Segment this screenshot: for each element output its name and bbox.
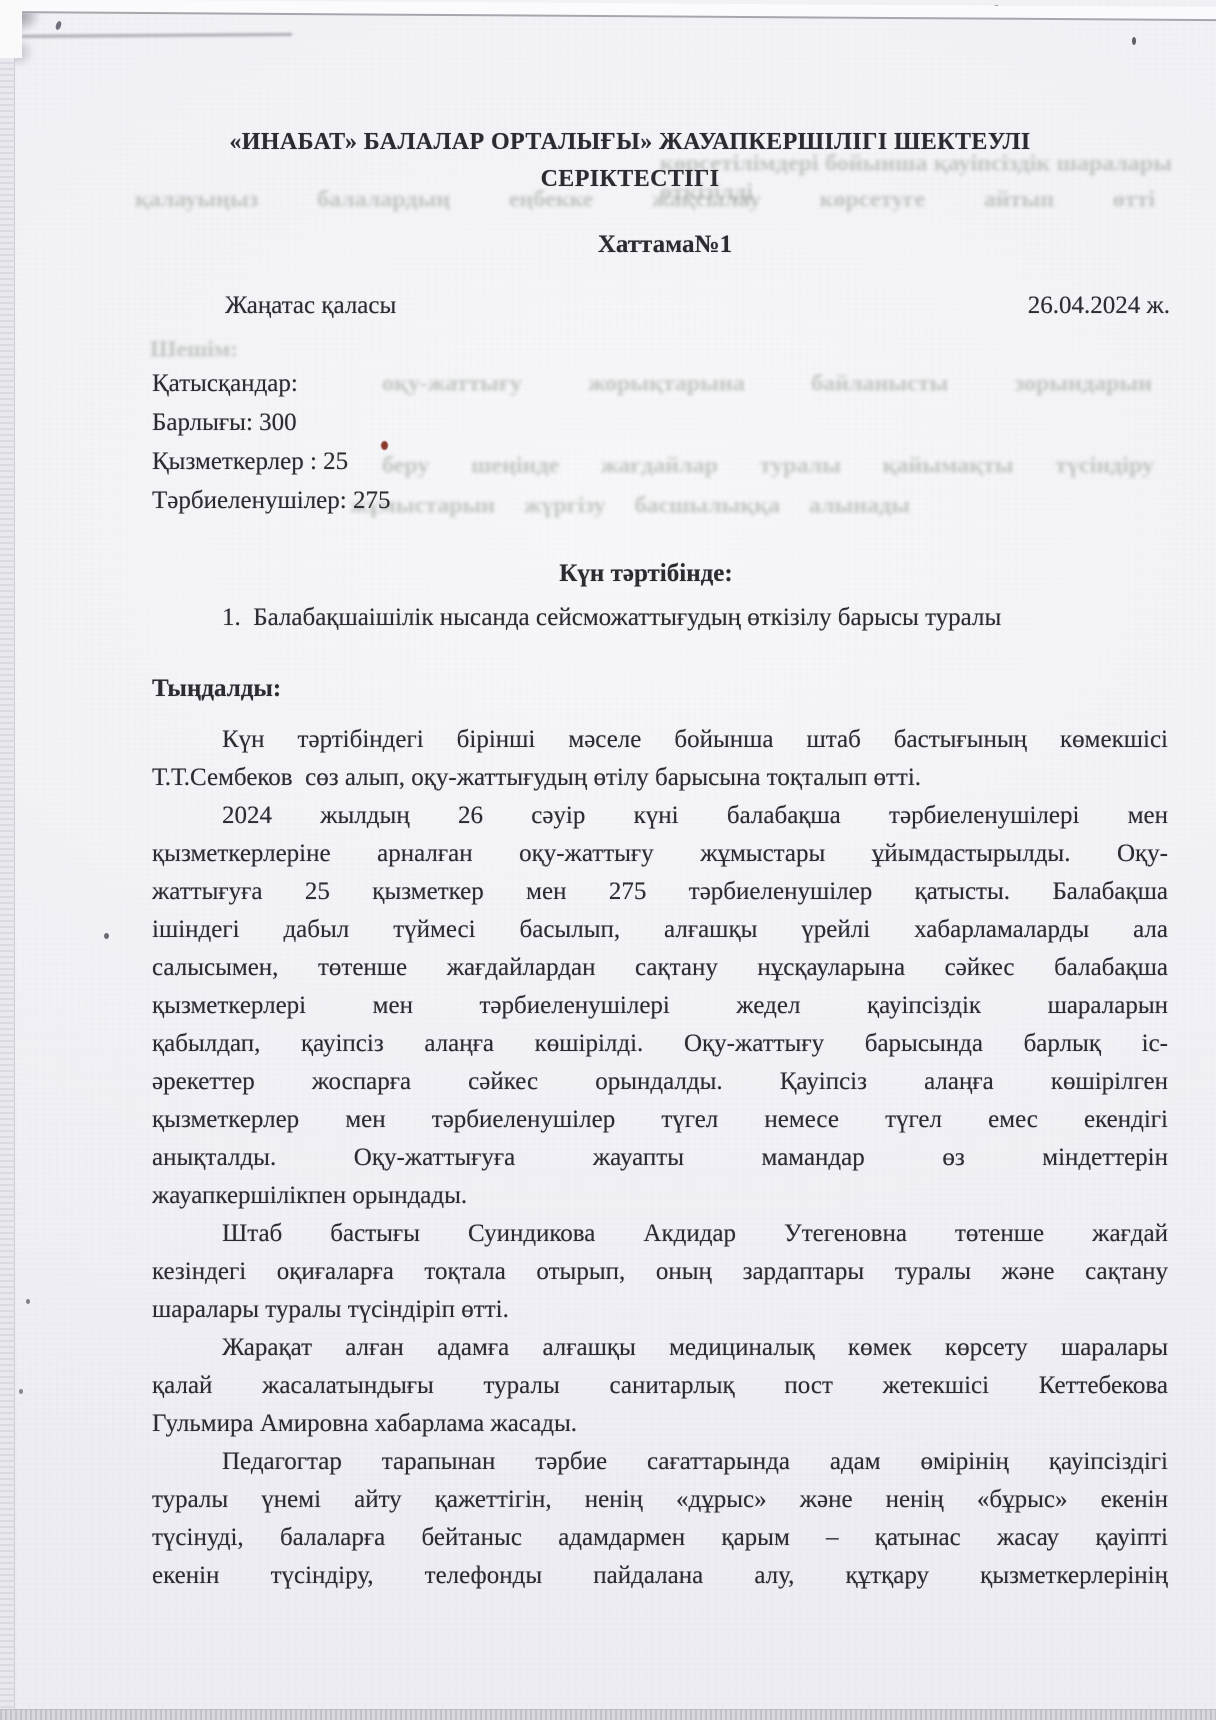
bleed-through-text: Шешім: [150,336,238,365]
body-text-line: Штаб бастығы Суиндикова Акдидар Утегенов… [152,1215,1168,1253]
bleed-through-text: беру шеңінде жағдайлар туралы қайымақты … [382,452,1154,481]
bleed-through-text: жұмыстарын жүргізу басшылыққа алынады [350,492,910,521]
city-date-row: Жаңатас қаласы 26.04.2024 ж. [225,292,1170,320]
body-text-line: анықталды. Оқу-жаттығуға жауапты маманда… [152,1139,1168,1177]
bleed-through-text: оқу-жаттығу жорықтарына байланысты зорын… [382,370,1152,399]
body-text: Күн тәртібіндегі бірінші мәселе бойынша … [152,721,1168,1595]
body-text-line: жаттығуға 25 қызметкер мен 275 тәрбиелен… [152,873,1168,911]
body-text-line: жауапкершілікпен орындады. [152,1177,1168,1215]
scan-bottom-paper-edge [0,1709,1216,1720]
agenda-item: 1. Балабақшаішілік нысанда сейсможаттығу… [152,604,1168,632]
body-text-line: Жарақат алған адамға алғашқы медициналық… [152,1329,1168,1367]
scan-left-paper-edge [0,0,15,1720]
document-title-line1: «ИНАБАТ» БАЛАЛАР ОРТАЛЫҒЫ» ЖАУАПКЕРШІЛІГ… [122,124,1138,161]
listened-heading: Тыңдалды: [152,675,281,703]
scan-speck [1132,37,1136,45]
scan-streak [0,33,292,38]
scan-speck [19,1389,23,1394]
body-text-line: Педагогтар тарапынан тәрбие сағаттарында… [152,1443,1168,1481]
scan-corner-highlight [0,0,22,58]
scan-speck [104,933,109,939]
participants-children: Тәрбиеленушілер: 275 [152,481,390,520]
document-title: «ИНАБАТ» БАЛАЛАР ОРТАЛЫҒЫ» ЖАУАПКЕРШІЛІГ… [122,124,1138,198]
scan-top-paper-edge [0,0,1216,21]
body-text-line: Гульмира Амировна хабарлама жасады. [152,1405,1168,1443]
participants-block: Қатысқандар: Барлығы: 300 Қызметкерлер :… [152,364,390,520]
participants-total: Барлығы: 300 [152,403,390,442]
body-text-line: қабылдап, қауіпсіз алаңға көшірілді. Оқу… [152,1025,1168,1063]
body-text-line: салысымен, төтенше жағдайлардан сақтану … [152,949,1168,987]
document-title-line2: СЕРІКТЕСТІГІ [122,161,1138,198]
body-text-line: шаралары туралы түсіндіріп өтті. [152,1291,1168,1329]
body-text-line: қызметкерлеріне арналған оқу-жаттығу жұм… [152,835,1168,873]
scan-speck [26,1299,30,1304]
body-text-line: екенін түсіндіру, телефонды пайдалана ал… [152,1557,1168,1595]
body-text-line: қызметкерлері мен тәрбиеленушілері жедел… [152,987,1168,1025]
body-text-line: кезіндегі оқиғаларға тоқтала отырып, оны… [152,1253,1168,1291]
body-text-line: ішіндегі дабыл түймесі басылып, алғашқы … [152,911,1168,949]
body-text-line: туралы үнемі айту қажеттігін, ненің «дұр… [152,1481,1168,1519]
date-label: 26.04.2024 ж. [1028,292,1170,320]
body-text-line: 2024 жылдың 26 сәуір күні балабақша тәрб… [152,797,1168,835]
red-ink-speck [381,441,388,450]
body-text-line: қалай жасалатындығы туралы санитарлық по… [152,1367,1168,1405]
body-text-line: Т.Т.Сембеков сөз алып, оқу-жаттығудың өт… [152,759,1168,797]
agenda-heading: Күн тәртібінде: [138,560,1154,588]
scan-speck [55,20,63,30]
body-text-line: Күн тәртібіндегі бірінші мәселе бойынша … [152,721,1168,759]
participants-label: Қатысқандар: [152,364,390,403]
city-label: Жаңатас қаласы [225,292,396,320]
body-text-line: қызметкерлер мен тәрбиеленушілер түгел н… [152,1101,1168,1139]
protocol-number-heading: Хаттама№1 [157,231,1173,259]
scanned-document-page: { "colors": { "paper": "#f1f0f5", "ink":… [0,0,1216,1720]
body-text-line: әрекеттер жоспарға сәйкес орындалды. Қау… [152,1063,1168,1101]
body-text-line: түсінуді, балаларға бейтаныс адамдармен … [152,1519,1168,1557]
participants-staff: Қызметкерлер : 25 [152,442,390,481]
